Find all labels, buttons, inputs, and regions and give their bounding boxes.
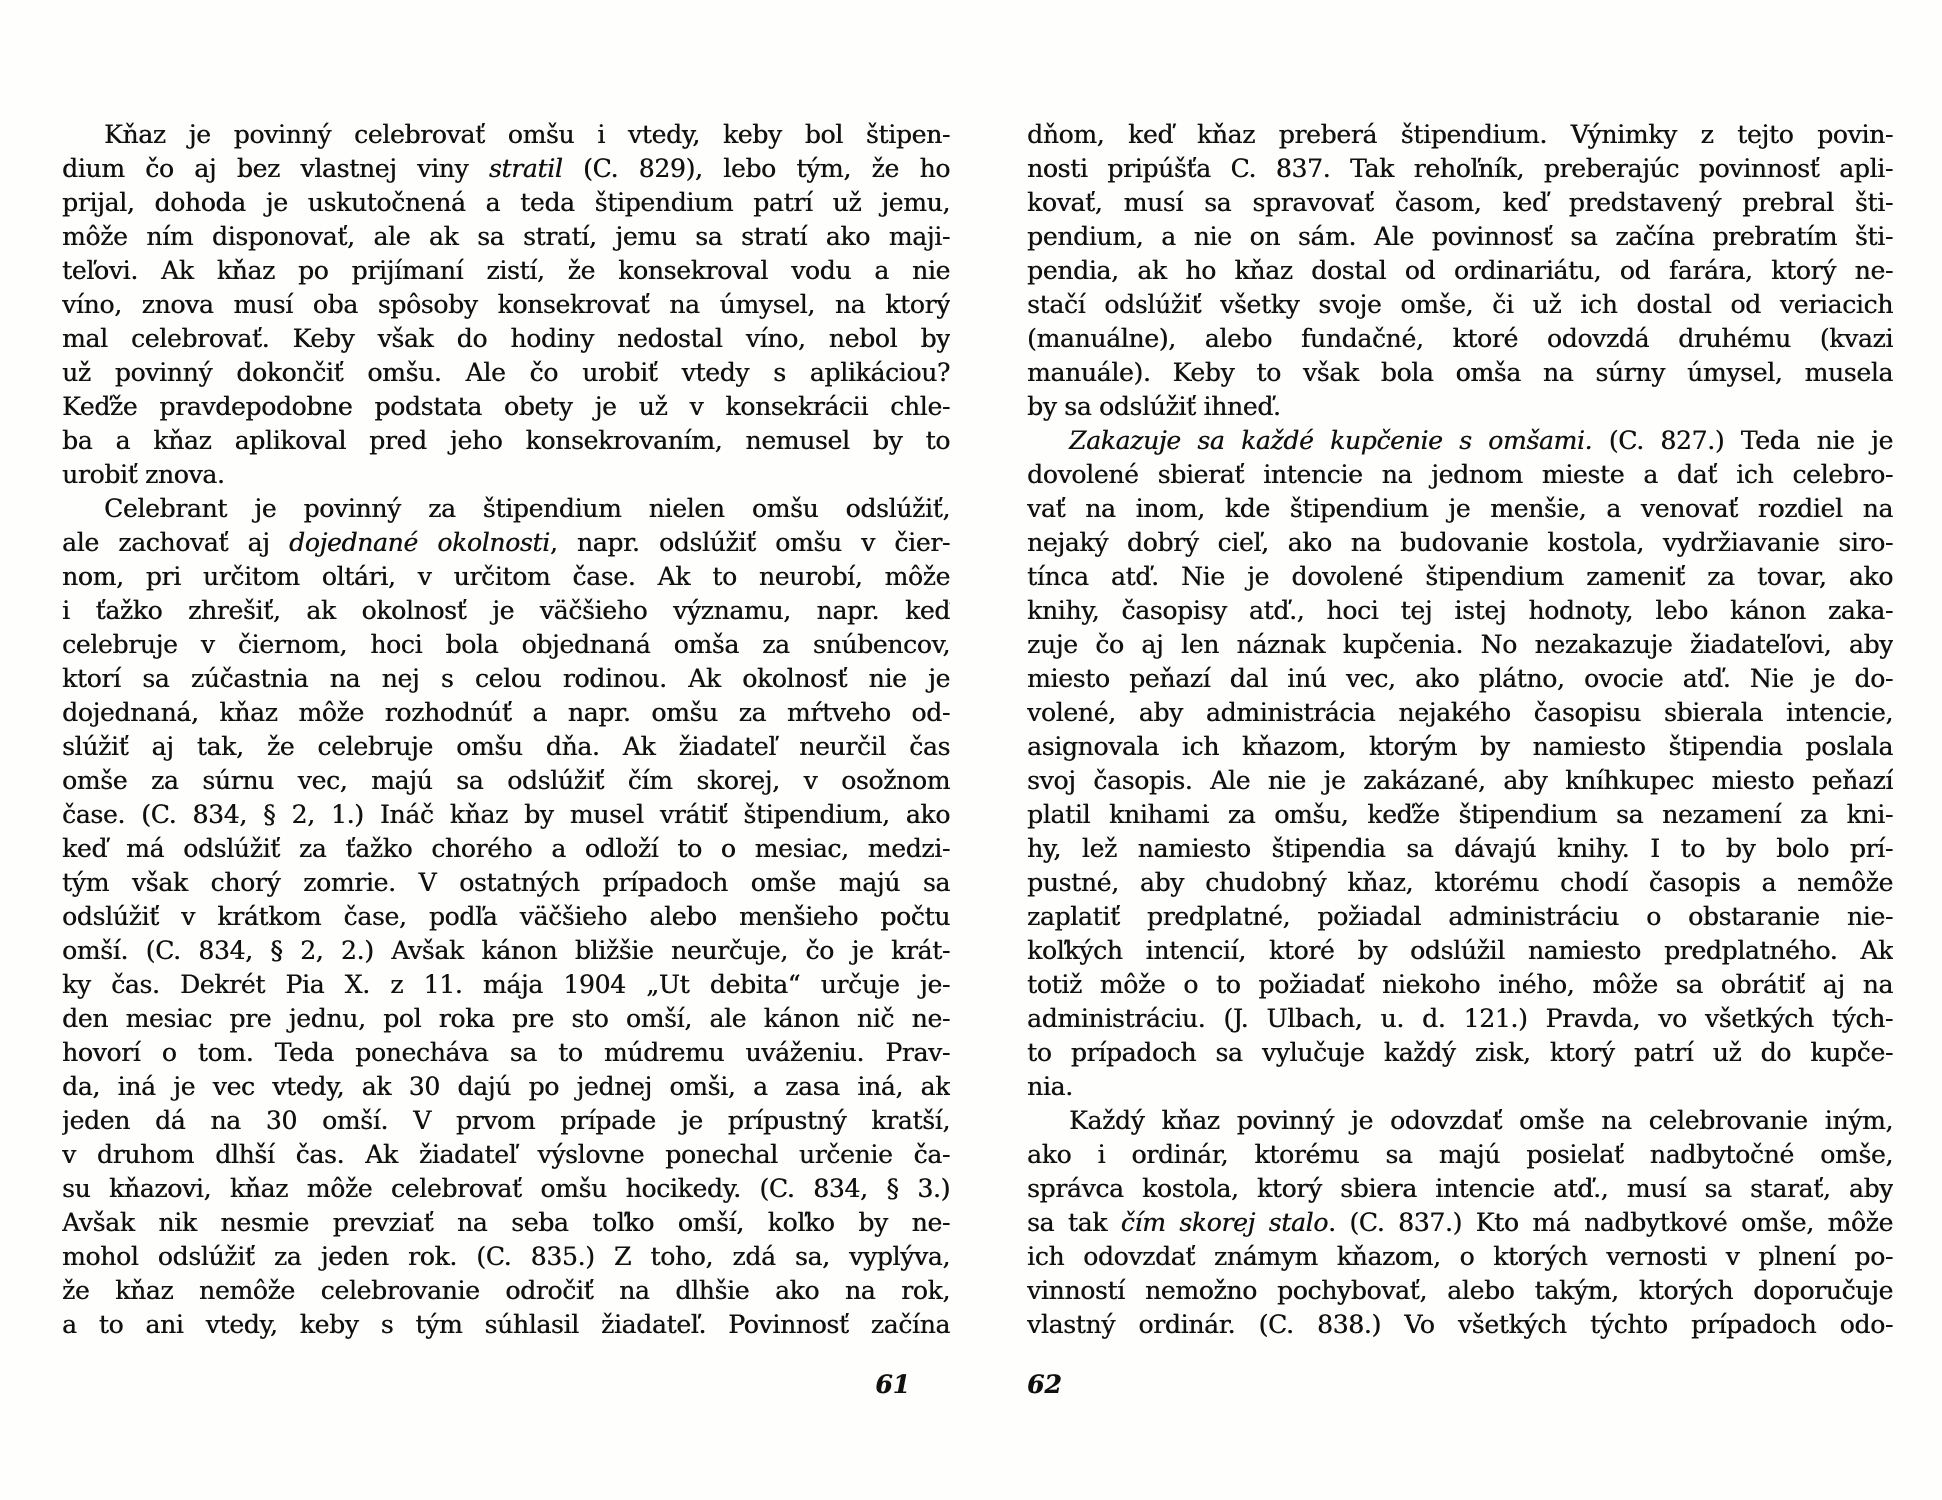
text-segment: nosti pripúšťa C. 837. Tak rehoľník, pre… (1027, 154, 1893, 183)
text-line: omší. (C. 834, § 2, 2.) Avšak kánon bliž… (62, 934, 950, 968)
text-segment: ktorí sa zúčastnia na nej s celou rodino… (62, 664, 950, 693)
text-segment: urobiť znova. (62, 460, 225, 489)
text-segment: Avšak nik nesmie prevziať na seba toľko … (62, 1208, 950, 1237)
text-segment: zaplatiť predplatné, požiadal administrá… (1027, 902, 1893, 931)
text-line: vať na inom, kde štipendium je menšie, a… (1027, 492, 1893, 526)
book-spread: Kňaz je povinný celebrovať omšu i vtedy,… (0, 0, 1942, 1500)
text-segment: nom, pri určitom oltári, v určitom čase.… (62, 562, 950, 591)
text-line: kovať, musí sa spravovať časom, keď pred… (1027, 186, 1893, 220)
text-line: nosti pripúšťa C. 837. Tak rehoľník, pre… (1027, 152, 1893, 186)
text-segment: už povinný dokončiť omšu. Ale čo urobiť … (62, 358, 950, 387)
text-line: tínca atď. Nie je dovolené štipendium za… (1027, 560, 1893, 594)
page-number-right: 62 (1027, 1368, 1227, 1402)
page-number-left: 61 (62, 1368, 910, 1402)
text-segment: i ťažko zhrešiť, ak okolnosť je väčšieho… (62, 596, 950, 625)
text-line: ako i ordinár, ktorému sa majú posielať … (1027, 1138, 1893, 1172)
text-line: vinností nemožno pochybovať, alebo takým… (1027, 1274, 1893, 1308)
text-line: ky čas. Dekrét Pia X. z 11. mája 1904 „U… (62, 968, 950, 1002)
text-line: že kňaz nemôže celebrovanie odročiť na d… (62, 1274, 950, 1308)
text-line: slúžiť aj tak, že celebruje omšu dňa. Ak… (62, 730, 950, 764)
text-line: keď má odslúžiť za ťažko chorého a odlož… (62, 832, 950, 866)
text-line: mal celebrovať. Keby však do hodiny nedo… (62, 322, 950, 356)
text-line: su kňazovi, kňaz môže celebrovať omšu ho… (62, 1172, 950, 1206)
text-line: dojednaná, kňaz môže rozhodnúť a napr. o… (62, 696, 950, 730)
text-segment: platil knihami za omšu, keďže štipendium… (1027, 800, 1893, 829)
text-segment: slúžiť aj tak, že celebruje omšu dňa. Ak… (62, 732, 950, 761)
text-segment: volené, aby administrácia nejakého časop… (1027, 698, 1893, 727)
text-segment: dovolené sbierať intencie na jednom mies… (1027, 460, 1893, 489)
text-segment: správca kostola, ktorý sbiera intencie a… (1027, 1174, 1893, 1203)
text-line: Kňaz je povinný celebrovať omšu i vtedy,… (62, 118, 950, 152)
text-segment: administráciu. (J. Ulbach, u. d. 121.) P… (1027, 1004, 1893, 1033)
text-segment: omše za súrnu vec, majú sa odslúžiť čím … (62, 766, 950, 795)
text-line: pendium, a nie on sám. Ale povinnosť sa … (1027, 220, 1893, 254)
text-line: miesto peňazí dal inú vec, ako plátno, o… (1027, 662, 1893, 696)
text-segment: hy, lež namiesto štipendia sa dávajú kni… (1027, 834, 1893, 863)
text-line: koľkých intencií, ktoré by odslúžil nami… (1027, 934, 1893, 968)
text-segment: vinností nemožno pochybovať, alebo takým… (1027, 1276, 1893, 1305)
text-line: ale zachovať aj dojednané okolnosti, nap… (62, 526, 950, 560)
text-line: správca kostola, ktorý sbiera intencie a… (1027, 1172, 1893, 1206)
text-segment: asignovala ich kňazom, ktorým by namiest… (1027, 732, 1893, 761)
text-segment: a to ani vtedy, keby s tým súhlasil žiad… (62, 1310, 950, 1339)
text-segment: dňom, keď kňaz preberá štipendium. Výnim… (1027, 120, 1893, 149)
text-segment: vlastný ordinár. (C. 838.) Vo všetkých t… (1027, 1310, 1893, 1339)
text-segment: svoj časopis. Ale nie je zakázané, aby k… (1027, 766, 1893, 795)
text-segment: teľovi. Ak kňaz po prijímaní zistí, že k… (62, 256, 950, 285)
text-line: ktorí sa zúčastnia na nej s celou rodino… (62, 662, 950, 696)
text-line: odslúžiť v krátkom čase, podľa väčšieho … (62, 900, 950, 934)
text-segment: (manuálne), alebo fundačné, ktoré odovzd… (1027, 324, 1893, 353)
text-line: už povinný dokončiť omšu. Ale čo urobiť … (62, 356, 950, 390)
text-line: to prípadoch sa vylučuje každý zisk, kto… (1027, 1036, 1893, 1070)
text-segment: totiž môže o to požiadať niekoho iného, … (1027, 970, 1893, 999)
text-line: môže ním disponovať, ale ak sa stratí, j… (62, 220, 950, 254)
text-segment: celebruje v čiernom, hoci bola objednaná… (62, 630, 950, 659)
text-line: a to ani vtedy, keby s tým súhlasil žiad… (62, 1308, 950, 1342)
text-line: mohol odslúžiť za jeden rok. (C. 835.) Z… (62, 1240, 950, 1274)
page-62-text-column: dňom, keď kňaz preberá štipendium. Výnim… (1027, 118, 1893, 1342)
text-line: manuále). Keby to však bola omša na súrn… (1027, 356, 1893, 390)
text-line: tým však chorý zomrie. V ostatných prípa… (62, 866, 950, 900)
text-segment: (C. 829), lebo tým, že ho (563, 154, 951, 183)
text-segment: stačí odslúžiť všetky svoje omše, či už … (1027, 290, 1893, 319)
text-line: platil knihami za omšu, keďže štipendium… (1027, 798, 1893, 832)
text-segment: prijal, dohoda je uskutočnená a teda šti… (62, 188, 950, 217)
text-segment: omší. (C. 834, § 2, 2.) Avšak kánon bliž… (62, 936, 950, 965)
text-segment: vať na inom, kde štipendium je menšie, a… (1027, 494, 1893, 523)
text-segment: odslúžiť v krátkom čase, podľa väčšieho … (62, 902, 950, 931)
text-line: Každý kňaz povinný je odovzdať omše na c… (1027, 1104, 1893, 1138)
text-segment: da, iná je vec vtedy, ak 30 dajú po jedn… (62, 1072, 950, 1101)
text-segment: den mesiac pre jednu, pol roka pre sto o… (62, 1004, 950, 1033)
text-segment: ale zachovať aj (62, 528, 289, 557)
text-line: prijal, dohoda je uskutočnená a teda šti… (62, 186, 950, 220)
text-line: volené, aby administrácia nejakého časop… (1027, 696, 1893, 730)
text-segment: dium čo aj bez vlastnej viny (62, 154, 489, 183)
text-line: knihy, časopisy atď., hoci tej istej hod… (1027, 594, 1893, 628)
text-line: stačí odslúžiť všetky svoje omše, či už … (1027, 288, 1893, 322)
text-line: administráciu. (J. Ulbach, u. d. 121.) P… (1027, 1002, 1893, 1036)
text-line: da, iná je vec vtedy, ak 30 dajú po jedn… (62, 1070, 950, 1104)
text-segment: zuje čo aj len náznak kupčenia. No nezak… (1027, 630, 1893, 659)
text-segment: . (C. 837.) Kto má nadbytkové omše, môže (1328, 1208, 1893, 1237)
text-line: urobiť znova. (62, 458, 950, 492)
italic-text-segment: dojednané okolnosti (289, 528, 550, 557)
text-segment: Celebrant je povinný za štipendium niele… (104, 494, 950, 523)
text-segment: manuále). Keby to však bola omša na súrn… (1027, 358, 1893, 387)
text-segment: by sa odslúžiť ihneď. (1027, 392, 1281, 421)
text-line: asignovala ich kňazom, ktorým by namiest… (1027, 730, 1893, 764)
text-line: dňom, keď kňaz preberá štipendium. Výnim… (1027, 118, 1893, 152)
text-line: totiž môže o to požiadať niekoho iného, … (1027, 968, 1893, 1002)
text-segment: tínca atď. Nie je dovolené štipendium za… (1027, 562, 1893, 591)
text-segment: nia. (1027, 1072, 1073, 1101)
text-segment: ich odovzdať známym kňazom, o ktorých ve… (1027, 1242, 1893, 1271)
text-segment: Keďže pravdepodobne podstata obety je už… (62, 392, 950, 421)
text-line: den mesiac pre jednu, pol roka pre sto o… (62, 1002, 950, 1036)
text-segment: že kňaz nemôže celebrovanie odročiť na d… (62, 1276, 950, 1305)
text-segment: Kňaz je povinný celebrovať omšu i vtedy,… (104, 120, 950, 149)
text-line: pustné, aby chudobný kňaz, ktorému chodí… (1027, 866, 1893, 900)
text-line: sa tak čím skorej stalo. (C. 837.) Kto m… (1027, 1206, 1893, 1240)
text-segment: koľkých intencií, ktoré by odslúžil nami… (1027, 936, 1893, 965)
text-segment: ky čas. Dekrét Pia X. z 11. mája 1904 „U… (62, 970, 950, 999)
text-segment: víno, znova musí oba spôsoby konsekrovať… (62, 290, 950, 319)
text-line: zuje čo aj len náznak kupčenia. No nezak… (1027, 628, 1893, 662)
text-segment: ba a kňaz aplikoval pred jeho konsekrova… (62, 426, 950, 455)
text-segment: hovorí o tom. Teda ponecháva sa to múdre… (62, 1038, 950, 1067)
text-segment: su kňazovi, kňaz môže celebrovať omšu ho… (62, 1174, 950, 1203)
text-segment: keď má odslúžiť za ťažko chorého a odlož… (62, 834, 950, 863)
text-segment: nejaký dobrý cieľ, ako na budovanie kost… (1027, 528, 1893, 557)
text-line: i ťažko zhrešiť, ak okolnosť je väčšieho… (62, 594, 950, 628)
text-segment: v druhom dlhší čas. Ak žiadateľ výslovne… (62, 1140, 950, 1169)
text-line: pendia, ak ho kňaz dostal od ordinariátu… (1027, 254, 1893, 288)
page-61-text-column: Kňaz je povinný celebrovať omšu i vtedy,… (62, 118, 950, 1342)
text-line: nia. (1027, 1070, 1893, 1104)
text-segment: dojednaná, kňaz môže rozhodnúť a napr. o… (62, 698, 950, 727)
text-line: dium čo aj bez vlastnej viny stratil (C.… (62, 152, 950, 186)
text-segment: tým však chorý zomrie. V ostatných prípa… (62, 868, 950, 897)
text-line: svoj časopis. Ale nie je zakázané, aby k… (1027, 764, 1893, 798)
text-segment: jeden dá na 30 omší. V prvom prípade je … (62, 1106, 950, 1135)
text-line: Celebrant je povinný za štipendium niele… (62, 492, 950, 526)
text-line: celebruje v čiernom, hoci bola objednaná… (62, 628, 950, 662)
text-line: (manuálne), alebo fundačné, ktoré odovzd… (1027, 322, 1893, 356)
text-line: zaplatiť predplatné, požiadal administrá… (1027, 900, 1893, 934)
text-line: omše za súrnu vec, majú sa odslúžiť čím … (62, 764, 950, 798)
text-segment: to prípadoch sa vylučuje každý zisk, kto… (1027, 1038, 1893, 1067)
text-line: víno, znova musí oba spôsoby konsekrovať… (62, 288, 950, 322)
text-segment: knihy, časopisy atď., hoci tej istej hod… (1027, 596, 1893, 625)
text-segment: sa tak (1027, 1208, 1121, 1237)
text-segment: miesto peňazí dal inú vec, ako plátno, o… (1027, 664, 1893, 693)
text-segment: , napr. odslúžiť omšu v čier- (550, 528, 950, 557)
text-segment: (C. 827.) Teda nie je (1592, 426, 1893, 455)
text-line: dovolené sbierať intencie na jednom mies… (1027, 458, 1893, 492)
text-line: Keďže pravdepodobne podstata obety je už… (62, 390, 950, 424)
text-line: by sa odslúžiť ihneď. (1027, 390, 1893, 424)
text-line: ich odovzdať známym kňazom, o ktorých ve… (1027, 1240, 1893, 1274)
italic-text-segment: čím skorej stalo (1121, 1208, 1328, 1237)
text-segment: čase. (C. 834, § 2, 1.) Ináč kňaz by mus… (62, 800, 950, 829)
text-line: vlastný ordinár. (C. 838.) Vo všetkých t… (1027, 1308, 1893, 1342)
text-line: ba a kňaz aplikoval pred jeho konsekrova… (62, 424, 950, 458)
text-segment: mal celebrovať. Keby však do hodiny nedo… (62, 324, 950, 353)
text-line: Zakazuje sa každé kupčenie s omšami. (C.… (1027, 424, 1893, 458)
text-line: hovorí o tom. Teda ponecháva sa to múdre… (62, 1036, 950, 1070)
text-segment: pendium, a nie on sám. Ale povinnosť sa … (1027, 222, 1893, 251)
text-segment: Každý kňaz povinný je odovzdať omše na c… (1069, 1106, 1893, 1135)
text-line: hy, lež namiesto štipendia sa dávajú kni… (1027, 832, 1893, 866)
text-line: čase. (C. 834, § 2, 1.) Ináč kňaz by mus… (62, 798, 950, 832)
text-line: Avšak nik nesmie prevziať na seba toľko … (62, 1206, 950, 1240)
text-segment: pustné, aby chudobný kňaz, ktorému chodí… (1027, 868, 1893, 897)
text-segment: mohol odslúžiť za jeden rok. (C. 835.) Z… (62, 1242, 950, 1271)
text-line: teľovi. Ak kňaz po prijímaní zistí, že k… (62, 254, 950, 288)
text-line: v druhom dlhší čas. Ak žiadateľ výslovne… (62, 1138, 950, 1172)
text-segment: kovať, musí sa spravovať časom, keď pred… (1027, 188, 1893, 217)
text-segment: pendia, ak ho kňaz dostal od ordinariátu… (1027, 256, 1893, 285)
text-line: nom, pri určitom oltári, v určitom čase.… (62, 560, 950, 594)
text-segment: ako i ordinár, ktorému sa majú posielať … (1027, 1140, 1893, 1169)
text-segment: môže ním disponovať, ale ak sa stratí, j… (62, 222, 950, 251)
italic-text-segment: Zakazuje sa každé kupčenie s omšami. (1069, 426, 1592, 455)
text-line: nejaký dobrý cieľ, ako na budovanie kost… (1027, 526, 1893, 560)
text-line: jeden dá na 30 omší. V prvom prípade je … (62, 1104, 950, 1138)
italic-text-segment: stratil (489, 154, 563, 183)
